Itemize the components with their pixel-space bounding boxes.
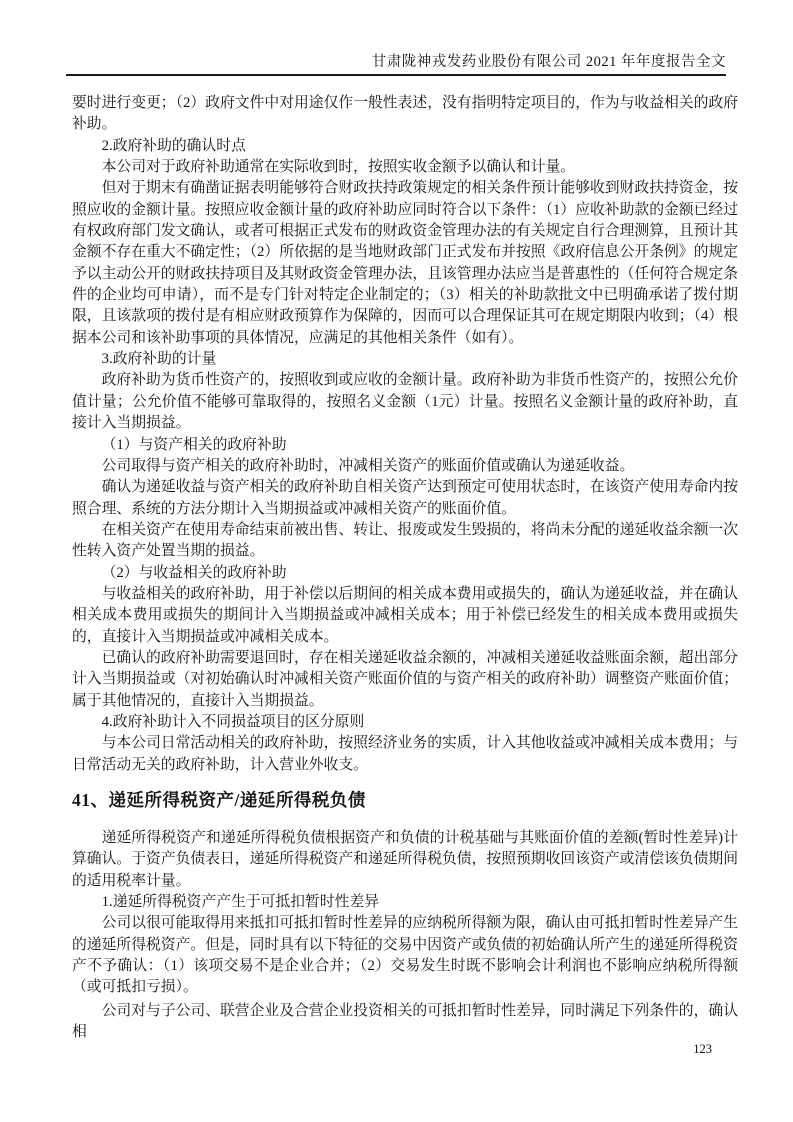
paragraph: 政府补助为货币性资产的，按照收到或应收的金额计量。政府补助为非货币性资产的，按照… — [72, 370, 738, 434]
paragraph: （1）与资产相关的政府补助 — [72, 435, 738, 456]
report-header-title: 甘肃陇神戎发药业股份有限公司 2021 年年度报告全文 — [66, 54, 726, 70]
page-header: 甘肃陇神戎发药业股份有限公司 2021 年年度报告全文 — [66, 0, 726, 76]
paragraph: 公司对与子公司、联营企业及合营企业投资相关的可抵扣暂时性差异，同时满足下列条件的… — [72, 1001, 738, 1044]
paragraph: 但对于期末有确凿证据表明能够符合财政扶持政策规定的相关条件预计能够收到财政扶持资… — [72, 178, 738, 349]
paragraph: （2）与收益相关的政府补助 — [72, 563, 738, 584]
paragraph: 公司以很可能取得用来抵扣可抵扣暂时性差异的应纳税所得额为限，确认由可抵扣暂时性差… — [72, 913, 738, 998]
paragraph: 2.政府补助的确认时点 — [72, 136, 738, 157]
paragraph: 1.递延所得税资产产生于可抵扣暂时性差异 — [72, 892, 738, 913]
paragraph: 4.政府补助计入不同损益项目的区分原则 — [72, 712, 738, 733]
page-number: 123 — [693, 1042, 712, 1056]
paragraph: 要时进行变更；（2）政府文件中对用途仅作一般性表述，没有指明特定项目的，作为与收… — [72, 93, 738, 136]
paragraph: 与收益相关的政府补助，用于补偿以后期间的相关成本费用或损失的，确认为递延收益，并… — [72, 584, 738, 648]
paragraph: 与本公司日常活动相关的政府补助，按照经济业务的实质，计入其他收益或冲减相关成本费… — [72, 733, 738, 776]
paragraph: 公司取得与资产相关的政府补助时，冲减相关资产的账面价值或确认为递延收益。 — [72, 456, 738, 477]
paragraph: 本公司对于政府补助通常在实际收到时，按照实收金额予以确认和计量。 — [72, 157, 738, 178]
paragraph: 已确认的政府补助需要退回时，存在相关递延收益余额的，冲减相关递延收益账面余额，超… — [72, 648, 738, 712]
paragraph: 递延所得税资产和递延所得税负债根据资产和负债的计税基础与其账面价值的差额(暂时性… — [72, 828, 738, 892]
report-page: 甘肃陇神戎发药业股份有限公司 2021 年年度报告全文 要时进行变更；（2）政府… — [0, 0, 793, 1122]
document-body: 要时进行变更；（2）政府文件中对用途仅作一般性表述，没有指明特定项目的，作为与收… — [72, 91, 738, 1043]
paragraph: 确认为递延收益与资产相关的政府补助自相关资产达到预定可使用状态时，在该资产使用寿… — [72, 477, 738, 520]
paragraph: 3.政府补助的计量 — [72, 349, 738, 370]
paragraph: 在相关资产在使用寿命结束前被出售、转让、报废或发生毁损的，将尚未分配的递延收益余… — [72, 520, 738, 563]
section-heading: 41、递延所得税资产/递延所得税负债 — [72, 788, 738, 812]
